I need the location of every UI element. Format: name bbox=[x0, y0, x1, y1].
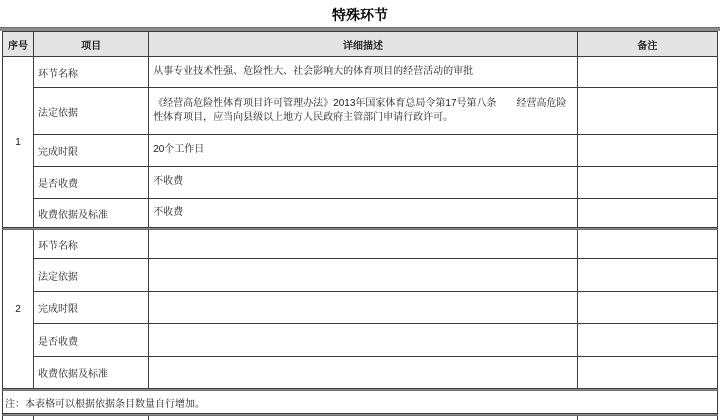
table-row: 完成时限 bbox=[3, 292, 718, 324]
description-cell: 不收费 bbox=[149, 167, 578, 199]
remark-cell bbox=[577, 135, 717, 167]
document-title: 特殊环节 bbox=[0, 0, 720, 27]
item-cell: 收费依据及标准 bbox=[34, 199, 149, 228]
item-cell: 是否收费 bbox=[34, 167, 149, 199]
description-cell: 《经营高危险性体育项目许可管理办法》2013年国家体育总局令第17号第八条 经营… bbox=[149, 88, 578, 135]
column-header-remark: 备注 bbox=[577, 32, 717, 57]
serial-number-cell: 2 bbox=[3, 230, 34, 389]
remark-cell bbox=[577, 324, 717, 357]
table-row: 法定依据 《经营高危险性体育项目许可管理办法》2013年国家体育总局令第17号第… bbox=[3, 88, 718, 135]
remark-cell bbox=[577, 259, 717, 292]
document-page: 特殊环节 序号 项目 详细描述 备注 1 环节名称 从事专业技术性强、危险性大、… bbox=[0, 0, 720, 420]
remark-cell bbox=[577, 167, 717, 199]
item-cell: 完成时限 bbox=[34, 135, 149, 167]
description-cell: 20个工作日 bbox=[149, 135, 578, 167]
description-cell bbox=[149, 357, 578, 389]
item-cell: 完成时限 bbox=[34, 292, 149, 324]
description-cell bbox=[149, 292, 578, 324]
table-row: 收费依据及标准 不收费 bbox=[3, 199, 718, 228]
item-cell: 环节名称 bbox=[34, 57, 149, 88]
remark-cell bbox=[577, 357, 717, 389]
remark-cell bbox=[577, 230, 717, 259]
serial-number-cell: 1 bbox=[3, 57, 34, 228]
item-cell: 是否收费 bbox=[34, 324, 149, 357]
table-row: 法定依据 bbox=[3, 259, 718, 292]
description-cell: 从事专业技术性强、危险性大、社会影响大的体育项目的经营活动的审批 bbox=[149, 57, 578, 88]
item-cell: 环节名称 bbox=[34, 230, 149, 259]
item-cell: 法定依据 bbox=[34, 259, 149, 292]
column-header-item: 项目 bbox=[34, 32, 149, 57]
special-procedures-table: 序号 项目 详细描述 备注 1 环节名称 从事专业技术性强、危险性大、社会影响大… bbox=[2, 31, 718, 420]
footnote-text: 注：本表格可以根据依据条目数量自行增加。 bbox=[3, 391, 718, 414]
description-cell: 不收费 bbox=[149, 199, 578, 228]
item-cell: 收费依据及标准 bbox=[34, 357, 149, 389]
table-row: 收费依据及标准 bbox=[3, 357, 718, 389]
table-row: 是否收费 bbox=[3, 324, 718, 357]
table-row: 1 环节名称 从事专业技术性强、危险性大、社会影响大的体育项目的经营活动的审批 bbox=[3, 57, 718, 88]
table-row: 2 环节名称 bbox=[3, 230, 718, 259]
remark-cell bbox=[577, 88, 717, 135]
description-cell bbox=[149, 259, 578, 292]
cut-off-next-table-row bbox=[3, 416, 718, 420]
footnote-row: 注：本表格可以根据依据条目数量自行增加。 bbox=[3, 391, 718, 414]
description-cell bbox=[149, 230, 578, 259]
table-row: 完成时限 20个工作日 bbox=[3, 135, 718, 167]
table-row: 是否收费 不收费 bbox=[3, 167, 718, 199]
remark-cell bbox=[577, 57, 717, 88]
remark-cell bbox=[577, 199, 717, 228]
column-header-description: 详细描述 bbox=[149, 32, 578, 57]
remark-cell bbox=[577, 292, 717, 324]
description-cell bbox=[149, 324, 578, 357]
table-header-row: 序号 项目 详细描述 备注 bbox=[3, 32, 718, 57]
column-header-serial: 序号 bbox=[3, 32, 34, 57]
item-cell: 法定依据 bbox=[34, 88, 149, 135]
